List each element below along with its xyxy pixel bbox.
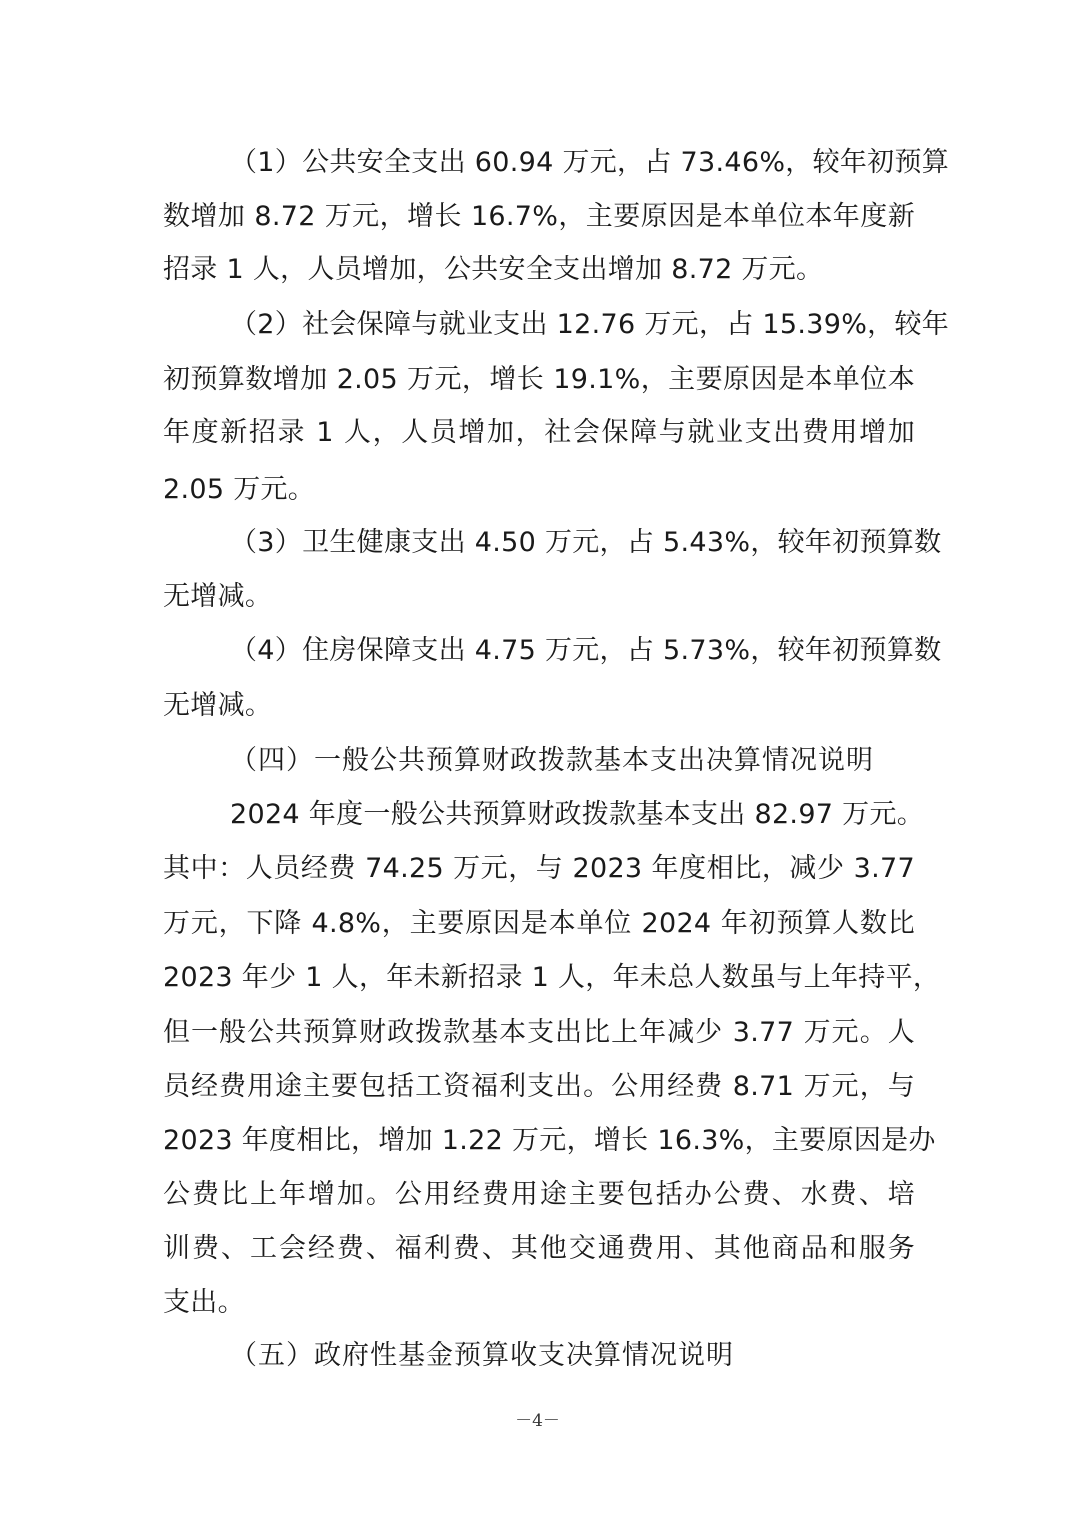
item-3-health-line-2: 无增减。 <box>163 570 915 624</box>
document-page: （1）公共安全支出 60.94 万元，占 73.46%，较年初预算 数增加 8.… <box>0 0 1075 1520</box>
item-1-public-security-line-2: 数增加 8.72 万元，增长 16.7%，主要原因是本单位本年度新 <box>163 190 915 244</box>
item-2-social-security-line-1: （2）社会保障与就业支出 12.76 万元，占 15.39%，较年 <box>230 298 915 352</box>
basic-expenditure-para-line-10: 支出。 <box>163 1276 915 1330</box>
item-2-social-security-line-4: 2.05 万元。 <box>163 463 915 517</box>
section-5-heading: （五）政府性基金预算收支决算情况说明 <box>230 1329 915 1383</box>
section-4-heading: （四）一般公共预算财政拨款基本支出决算情况说明 <box>230 734 915 788</box>
basic-expenditure-para-line-8: 公费比上年增加。公用经费用途主要包括办公费、水费、培 <box>163 1168 915 1222</box>
item-1-public-security-line-1: （1）公共安全支出 60.94 万元，占 73.46%，较年初预算 <box>230 136 915 190</box>
item-4-housing-line-1: （4）住房保障支出 4.75 万元，占 5.73%，较年初预算数 <box>230 624 915 678</box>
page-number: －4－ <box>0 1406 1075 1431</box>
basic-expenditure-para-line-9: 训费、工会经费、福利费、其他交通费用、其他商品和服务 <box>163 1222 915 1276</box>
item-3-health-line-1: （3）卫生健康支出 4.50 万元，占 5.43%，较年初预算数 <box>230 516 915 570</box>
item-2-social-security-line-2: 初预算数增加 2.05 万元，增长 19.1%，主要原因是本单位本 <box>163 353 915 407</box>
basic-expenditure-para-line-3: 万元，下降 4.8%，主要原因是本单位 2024 年初预算人数比 <box>163 897 915 951</box>
basic-expenditure-para-line-5: 但一般公共预算财政拨款基本支出比上年减少 3.77 万元。人 <box>163 1006 915 1060</box>
basic-expenditure-para-line-7: 2023 年度相比，增加 1.22 万元，增长 16.3%，主要原因是办 <box>163 1114 915 1168</box>
item-1-public-security-line-3: 招录 1 人，人员增加，公共安全支出增加 8.72 万元。 <box>163 243 915 297</box>
basic-expenditure-para-line-6: 员经费用途主要包括工资福利支出。公用经费 8.71 万元，与 <box>163 1060 915 1114</box>
basic-expenditure-para-line-1: 2024 年度一般公共预算财政拨款基本支出 82.97 万元。 <box>230 788 915 842</box>
basic-expenditure-para-line-4: 2023 年少 1 人，年未新招录 1 人，年未总人数虽与上年持平， <box>163 951 915 1005</box>
item-2-social-security-line-3: 年度新招录 1 人，人员增加，社会保障与就业支出费用增加 <box>163 406 915 460</box>
basic-expenditure-para-line-2: 其中：人员经费 74.25 万元，与 2023 年度相比，减少 3.77 <box>163 842 915 896</box>
item-4-housing-line-2: 无增减。 <box>163 679 915 733</box>
